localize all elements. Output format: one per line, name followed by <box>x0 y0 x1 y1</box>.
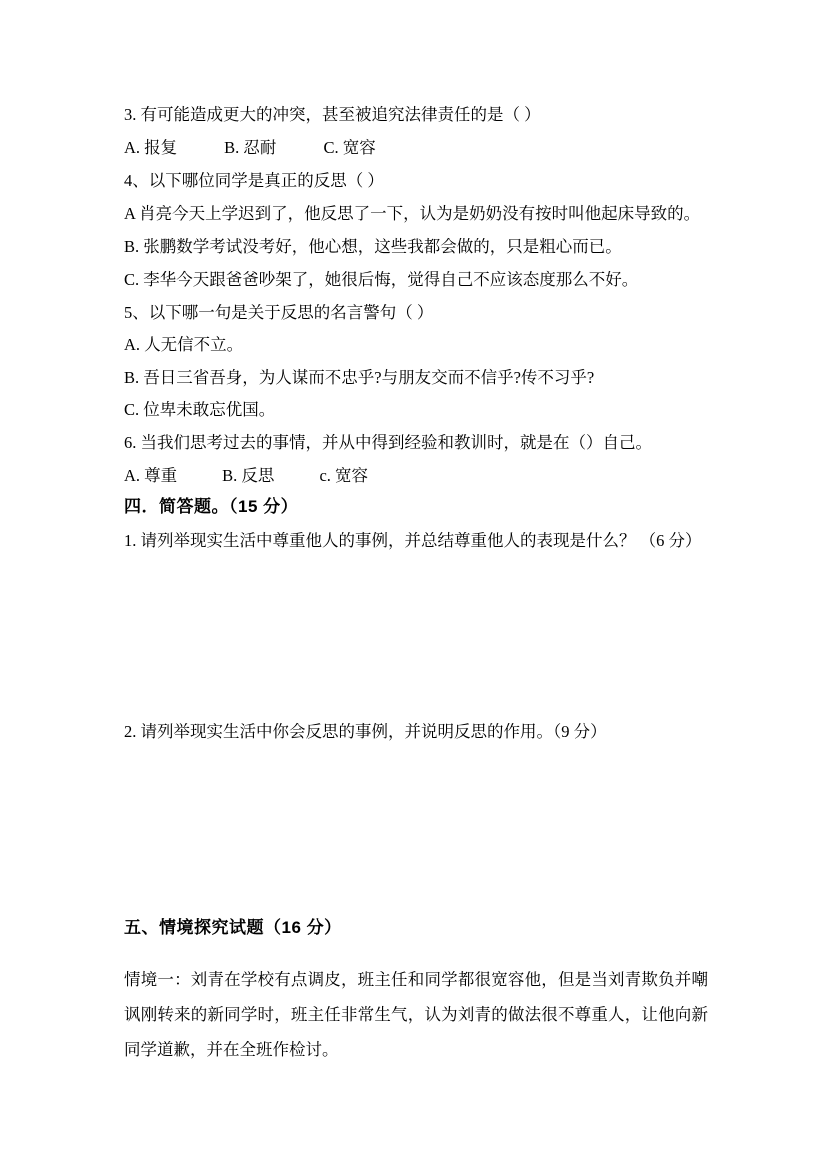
question-6-option-b: B. 反思 <box>222 464 274 488</box>
question-4: 4、以下哪位同学是真正的反思（ ） <box>124 169 384 193</box>
question-4-option-c: C. 李华今天跟爸爸吵架了，她很后悔，觉得自己不应该态度那么不好。 <box>124 268 638 292</box>
question-3-options: A. 报复 B. 忍耐 C. 宽容 <box>124 136 376 160</box>
question-3-option-c: C. 宽容 <box>323 136 375 160</box>
question-5: 5、以下哪一句是关于反思的名言警句（ ） <box>124 301 433 325</box>
question-6-options: A. 尊重 B. 反思 c. 宽容 <box>124 464 368 488</box>
question-4-option-a: A 肖亮今天上学迟到了，他反思了一下，认为是奶奶没有按时叫他起床导致的。 <box>124 202 700 226</box>
question-5-option-c: C. 位卑未敢忘优国。 <box>124 398 275 422</box>
question-6-option-c: c. 宽容 <box>319 464 368 488</box>
question-5-option-a: A. 人无信不立。 <box>124 333 243 357</box>
section-4-heading: 四．简答题。（15 分） <box>124 494 298 520</box>
question-6-option-a: A. 尊重 <box>124 464 177 488</box>
section-5-heading: 五、情境探究试题（16 分） <box>124 915 342 941</box>
section-4-question-1: 1. 请列举现实生活中尊重他人的事例，并总结尊重他人的表现是什么？ （6 分） <box>124 529 702 553</box>
question-3-option-b: B. 忍耐 <box>224 136 276 160</box>
question-6: 6. 当我们思考过去的事情，并从中得到经验和教训时，就是在（）自己。 <box>124 431 652 455</box>
scenario-1-paragraph: 情境一：刘青在学校有点调皮，班主任和同学都很宽容他，但是当刘青欺负并嘲讽刚转来的… <box>124 962 708 1067</box>
question-3-option-a: A. 报复 <box>124 136 177 160</box>
question-3: 3. 有可能造成更大的冲突，甚至被追究法律责任的是（ ） <box>124 103 541 127</box>
question-4-option-b: B. 张鹏数学考试没考好，他心想，这些我都会做的，只是粗心而已。 <box>124 235 622 259</box>
question-5-option-b: B. 吾日三省吾身，为人谋而不忠乎?与朋友交而不信乎?传不习乎? <box>124 366 594 390</box>
section-4-question-2: 2. 请列举现实生活中你会反思的事例，并说明反思的作用。（9 分） <box>124 720 607 744</box>
document-page: 3. 有可能造成更大的冲突，甚至被追究法律责任的是（ ） A. 报复 B. 忍耐… <box>0 0 827 1169</box>
